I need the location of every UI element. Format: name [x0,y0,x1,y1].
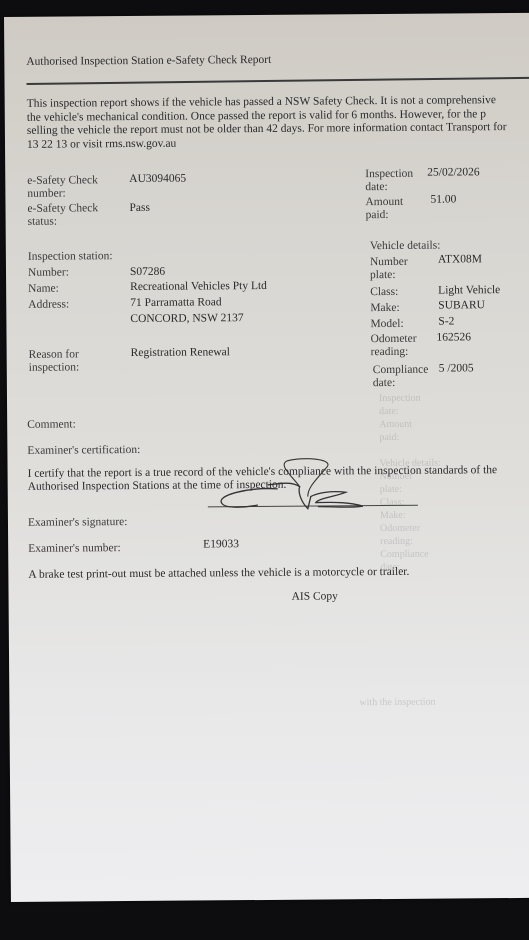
reason-value: Registration Renewal [131,346,230,360]
station-address-label: Address: [28,298,69,311]
amount-paid-label: Amountpaid: [365,196,403,222]
odometer-value: 162526 [436,331,471,344]
station-number: S07286 [130,266,165,279]
plate-label: Numberplate: [370,256,408,282]
reason-label: Reason forinspection: [29,348,80,374]
copy-label: AIS Copy [292,590,338,603]
title-divider [27,77,529,85]
check-number-label: e-Safety Checknumber: [27,174,98,201]
plate-value: ATX08M [438,253,482,266]
brake-test-note: A brake test print-out must be attached … [28,566,409,582]
vehicle-heading: Vehicle details: [370,240,441,254]
check-status: Pass [129,202,150,215]
check-number: AU3094065 [129,173,186,186]
report-paper: Authorised Inspection Station e-Safety C… [4,13,529,902]
model-value: S-2 [438,315,454,328]
station-address-line1: 71 Parramatta Road [130,296,221,310]
signature-label: Examiner's signature: [28,516,128,530]
bleed-through-text: with the inspection [359,696,435,710]
station-number-label: Number: [28,266,69,279]
class-label: Class: [370,286,398,299]
intro-paragraph: This inspection report shows if the vehi… [27,94,507,152]
amount-paid: 51.00 [430,193,456,206]
model-label: Model: [370,318,403,331]
station-address-line2: CONCORD, NSW 2137 [130,312,243,326]
inspection-date-label: Inspectiondate: [365,168,413,194]
comment-label: Comment: [27,418,76,431]
make-value: SUBARU [438,299,485,312]
examiner-number: E19033 [203,538,239,551]
station-name-label: Name: [28,283,59,296]
certification-heading: Examiner's certification: [27,444,140,458]
odometer-label: Odometerreading: [370,333,416,359]
compliance-label: Compliancedate: [373,364,429,390]
check-status-label: e-Safety Checkstatus: [27,202,98,229]
station-heading: Inspection station: [28,250,113,264]
inspection-date: 25/02/2026 [427,166,479,179]
make-label: Make: [370,302,399,315]
class-value: Light Vehicle [438,284,500,297]
report-title: Authorised Inspection Station e-Safety C… [26,54,271,69]
examiner-signature [207,456,427,518]
compliance-value: 5 /2005 [439,362,474,375]
examiner-number-label: Examiner's number: [28,542,121,556]
station-name: Recreational Vehicles Pty Ltd [130,280,267,294]
